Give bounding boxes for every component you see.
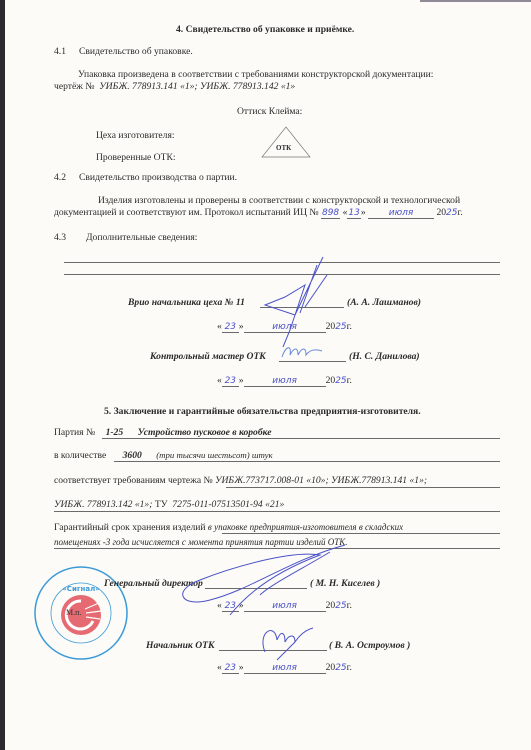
date-month: июля: [244, 322, 326, 333]
date-day: 23: [222, 376, 239, 387]
otk-checked-label: Проверенные ОТК:: [96, 152, 176, 163]
date-month: июля: [244, 376, 326, 387]
date-year-prefix: 20: [326, 600, 336, 611]
stamp-impression-label: Оттиск Клейма:: [237, 106, 302, 117]
batch-underline: [102, 438, 500, 439]
signature-line-otk-head: [219, 650, 327, 651]
section-4-2-title: Свидетельство производства о партии.: [79, 172, 237, 183]
section-4-3-number: 4.3: [54, 232, 66, 243]
conformity-drawings-2a: УИБЖ. 778913.142 «1»;: [54, 499, 152, 510]
warranty-underline-2: [54, 548, 500, 549]
conformity-drawings-1: УИБЖ.773717.008-01 «10»; УИБЖ.778913.141…: [215, 475, 427, 486]
additional-info-line-2: [64, 274, 500, 275]
protocol-month: июля: [368, 208, 434, 219]
section-5-title: 5. Заключение и гарантийные обязательств…: [104, 406, 421, 417]
signature-date-otk-master: «23»июля2025г.: [217, 375, 352, 387]
date-year-prefix: 20: [326, 321, 336, 332]
seal-mp-label: М.п.: [66, 608, 81, 617]
section-4-1-title: Свидетельство об упаковке.: [79, 46, 193, 57]
date-year-prefix: 20: [326, 375, 336, 386]
warranty-underline-1: [222, 533, 500, 534]
signature-line-director: [205, 588, 307, 589]
quantity-row: в количестве 3600 (три тысячи шестьсот) …: [54, 450, 273, 461]
packing-text-line2: чертёж № УИБЖ. 778913.141 «1»; УИБЖ. 778…: [54, 81, 295, 92]
conformity-underline-2: [54, 511, 500, 512]
date-year-g: г.: [347, 600, 352, 611]
signature-name-workshop-head: (А. А. Лашманов): [347, 297, 421, 308]
conformity-prefix: соответствует требованиям чертежа №: [54, 475, 213, 486]
packing-text-line1: Упаковка произведена в соответствии с тр…: [78, 69, 433, 80]
warranty-text-1: в упаковке предприятия-изготовителя в ск…: [208, 522, 403, 532]
protocol-year-g: г.: [457, 207, 462, 218]
batch-row: Партия № 1-25 Устройство пусковое в коро…: [54, 427, 271, 438]
protocol-prefix: документацией и соответствуют им. Проток…: [54, 207, 319, 218]
signature-scribble-workshop-head-icon: [255, 255, 335, 350]
section-4-1-number: 4.1: [54, 46, 66, 57]
date-year-suffix: 25: [335, 376, 346, 386]
date-year-g: г.: [347, 321, 352, 332]
section-4-title: 4. Свидетельство об упаковке и приёмке.: [176, 24, 354, 35]
scan-top-edge: [420, 0, 531, 2]
production-text-line2: документацией и соответствуют им. Проток…: [54, 207, 463, 219]
signature-role-otk-head: Начальник ОТК: [146, 640, 215, 651]
signature-date-director: «23»июля2025г.: [217, 600, 352, 612]
product-name: Устройство пусковое в коробке: [138, 427, 272, 438]
signature-line-workshop-head: [260, 307, 344, 308]
signature-scribble-otk-master-icon: [280, 343, 324, 361]
batch-number: 1-25: [106, 427, 124, 438]
signature-name-otk-master: (Н. С. Данилова): [349, 351, 420, 362]
date-year-g: г.: [347, 662, 352, 673]
section-4-2-number: 4.2: [54, 172, 66, 183]
workshop-label: Цеха изготовителя:: [96, 130, 175, 141]
signature-date-workshop-head: «23»июля2025г.: [217, 321, 352, 333]
signature-role-director: Генеральный директор: [104, 578, 203, 589]
otk-stamp-triangle-icon: [261, 126, 311, 158]
date-month: июля: [244, 601, 326, 612]
date-year-g: г.: [347, 375, 352, 386]
warranty-text-2: помещениях -3 года исчисляется с момента…: [54, 537, 347, 547]
date-month: июля: [244, 663, 326, 674]
date-day: 23: [222, 601, 239, 612]
protocol-year-suffix: 25: [446, 208, 457, 218]
signature-role-otk-master: Контрольный мастер ОТК: [150, 351, 266, 362]
production-text-line1: Изделия изготовлены и проверены в соотве…: [98, 195, 460, 206]
date-year-prefix: 20: [326, 662, 336, 673]
batch-label: Партия №: [54, 427, 95, 438]
date-year-suffix: 25: [335, 663, 346, 673]
packing-drawing-prefix: чертёж №: [54, 81, 94, 92]
conformity-row-1: соответствует требованиям чертежа № УИБЖ…: [54, 475, 427, 486]
warranty-row-1: Гарантийный срок хранения изделий в упак…: [54, 522, 403, 533]
signature-role-workshop-head: Врио начальника цеха № 11: [128, 297, 245, 308]
conformity-underline-1: [226, 487, 500, 488]
date-day: 23: [222, 322, 239, 333]
protocol-day: 13: [347, 208, 360, 219]
quantity-words: (три тысячи шестьсот) штук: [156, 450, 272, 460]
signature-date-otk-head: «23»июля2025г.: [217, 662, 352, 674]
signature-name-otk-head: ( В. А. Остроумов ): [329, 640, 410, 651]
quantity-value: 3600: [123, 450, 142, 461]
otk-stamp-text: ОТК: [276, 144, 291, 152]
additional-info-line-1: [64, 262, 500, 263]
conformity-drawings-2b: 7275-011-07513501-94 «21»: [172, 499, 284, 510]
warranty-prefix: Гарантийный срок хранения изделий: [54, 522, 206, 533]
packing-drawings: УИБЖ. 778913.141 «1»; УИБЖ. 778913.142 «…: [99, 81, 295, 92]
date-year-suffix: 25: [335, 601, 346, 611]
signature-scribble-otk-head-icon: [255, 622, 315, 662]
date-day: 23: [222, 663, 239, 674]
scan-left-edge: [0, 0, 5, 750]
svg-text:«Сигнал»: «Сигнал»: [62, 585, 99, 593]
date-year-suffix: 25: [335, 322, 346, 332]
signature-name-director: ( М. Н. Киселев ): [310, 578, 380, 589]
signature-line-otk-master: [279, 361, 346, 362]
quantity-label: в количестве: [54, 450, 106, 461]
conformity-tu-label: ТУ: [155, 499, 168, 510]
quantity-underline: [114, 461, 500, 462]
conformity-row-2: УИБЖ. 778913.142 «1»; ТУ 7275-011-075135…: [54, 499, 284, 510]
protocol-number: 898: [321, 208, 340, 219]
section-4-3-title: Дополнительные сведения:: [86, 232, 197, 243]
protocol-year-prefix: 20: [436, 207, 446, 218]
